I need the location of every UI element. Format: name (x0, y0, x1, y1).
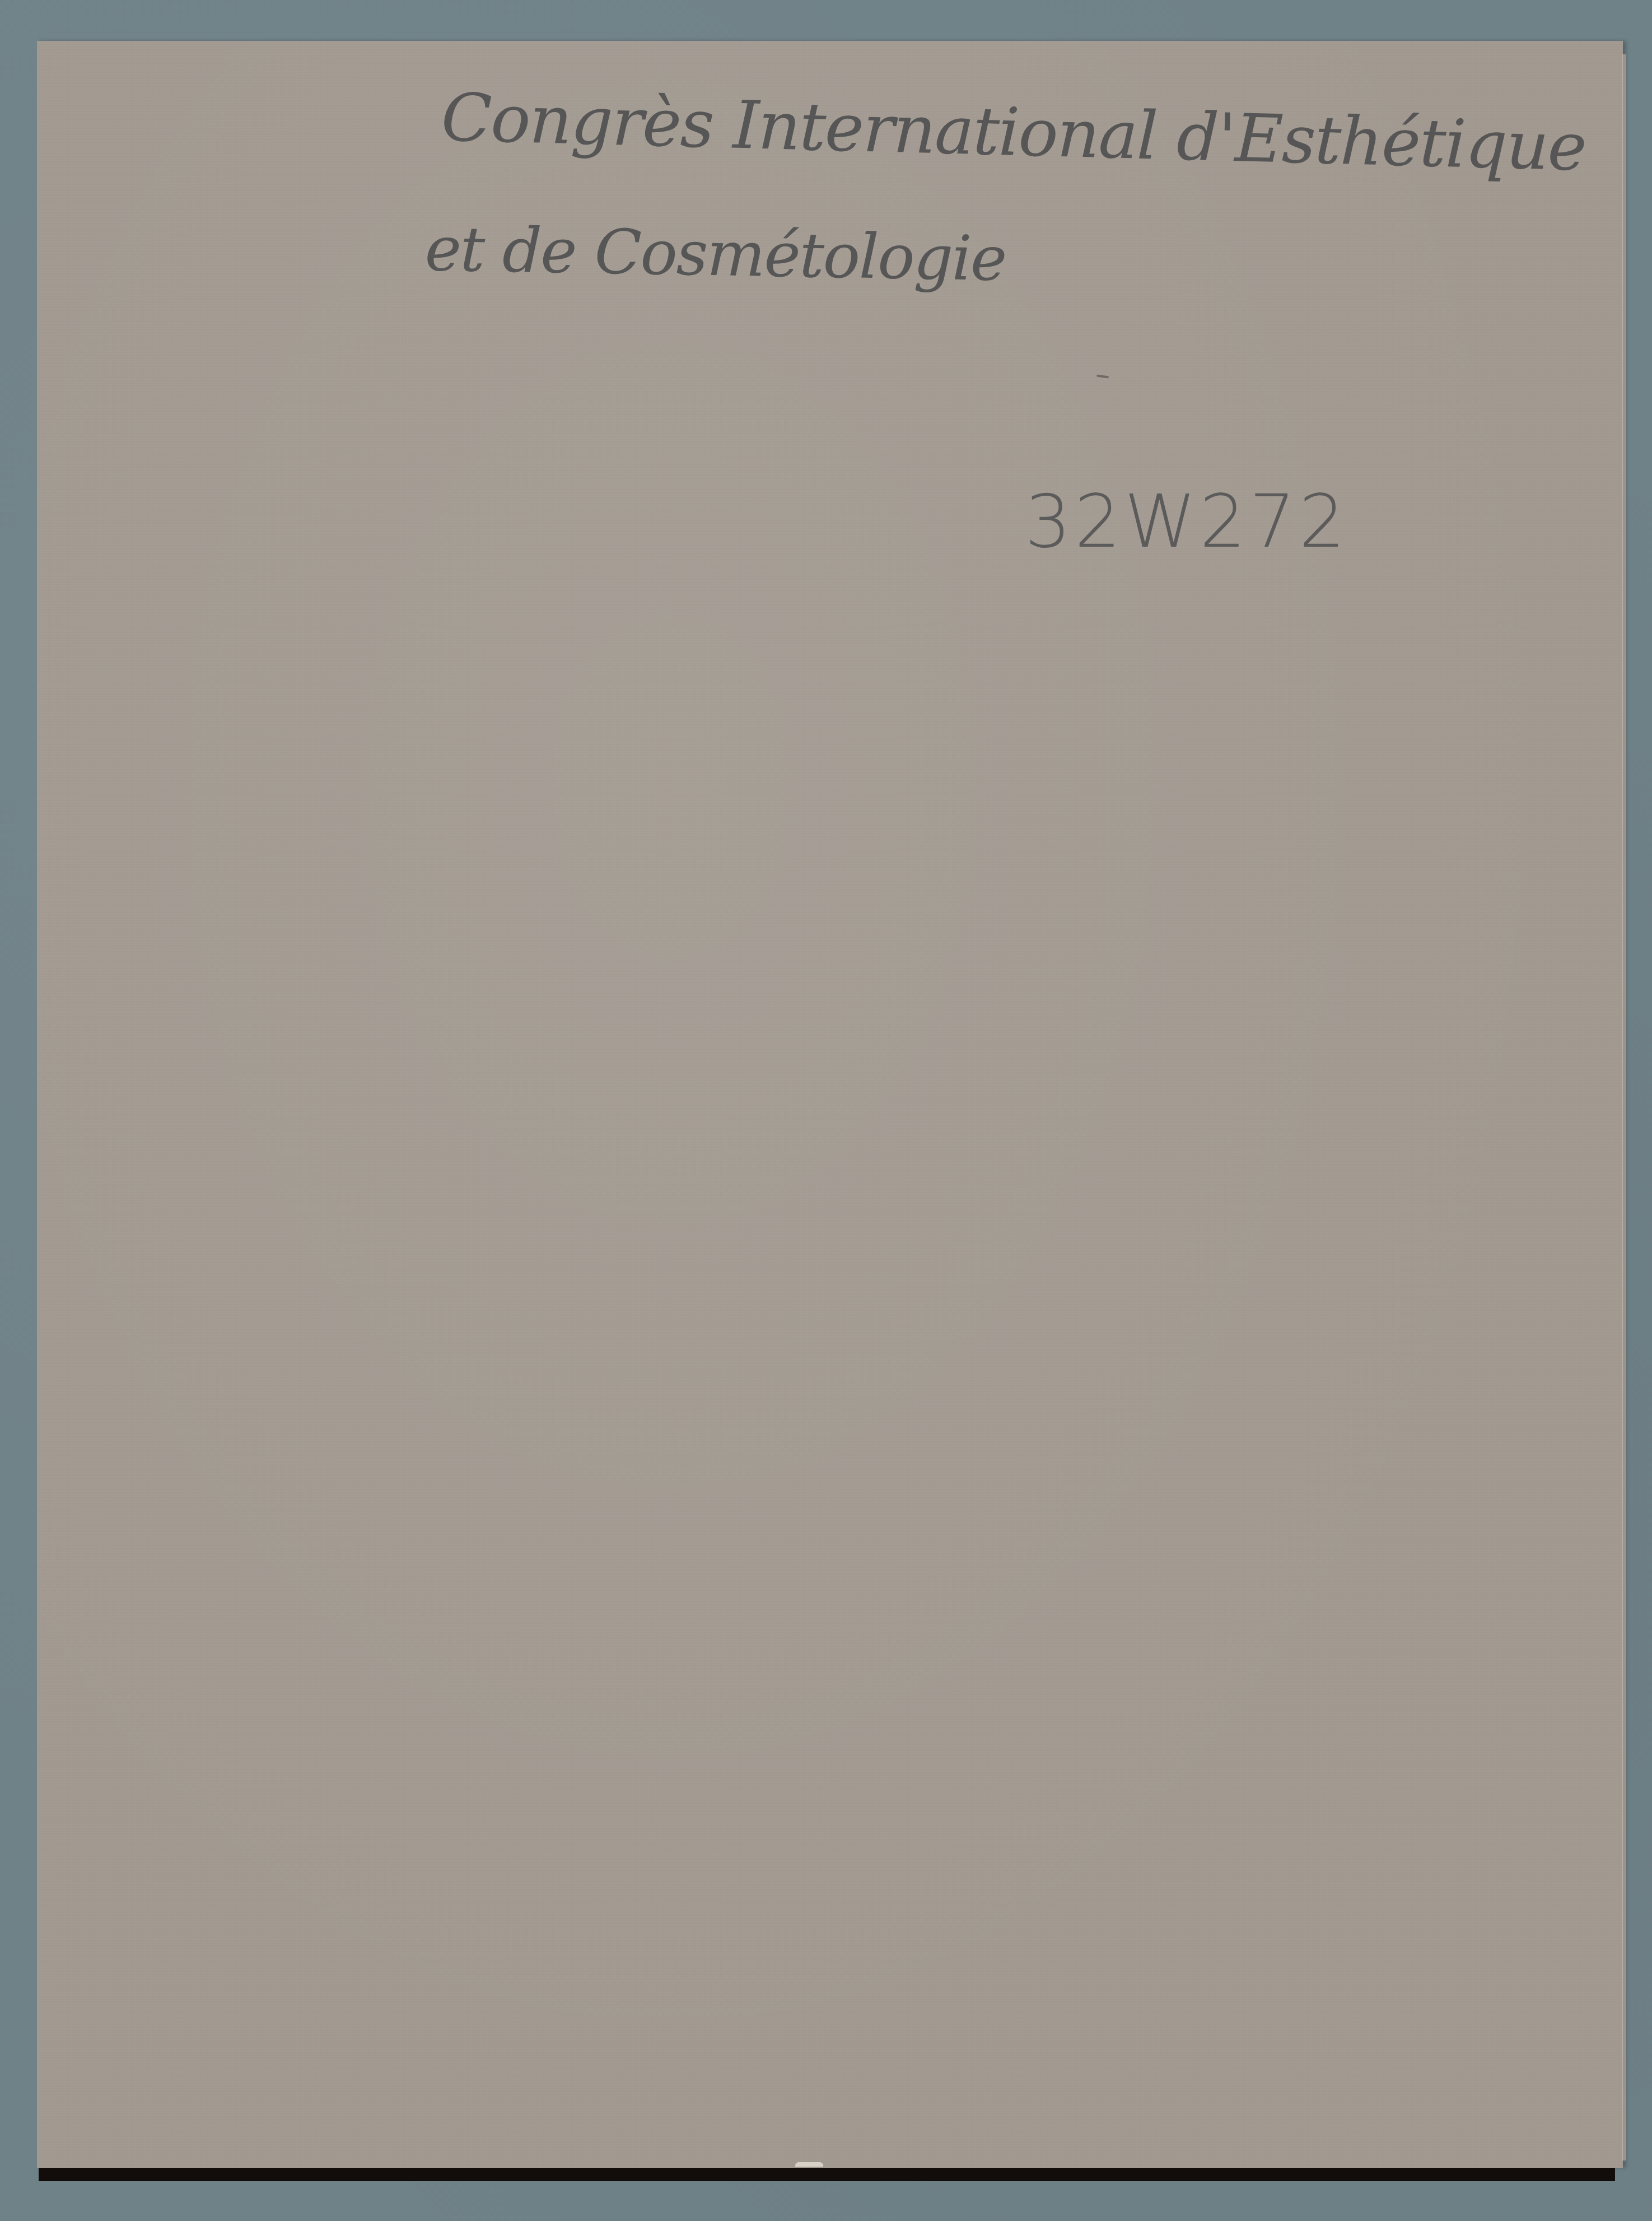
paper-nick (795, 2162, 823, 2167)
sheet-bottom-shadow (39, 2168, 1615, 2181)
call-number: 32W272 (1025, 479, 1348, 564)
folder-sheet (37, 41, 1623, 2168)
handwritten-title-line-2: et de Cosmétologie (424, 213, 1007, 295)
sheet-right-edge (1622, 54, 1626, 2161)
